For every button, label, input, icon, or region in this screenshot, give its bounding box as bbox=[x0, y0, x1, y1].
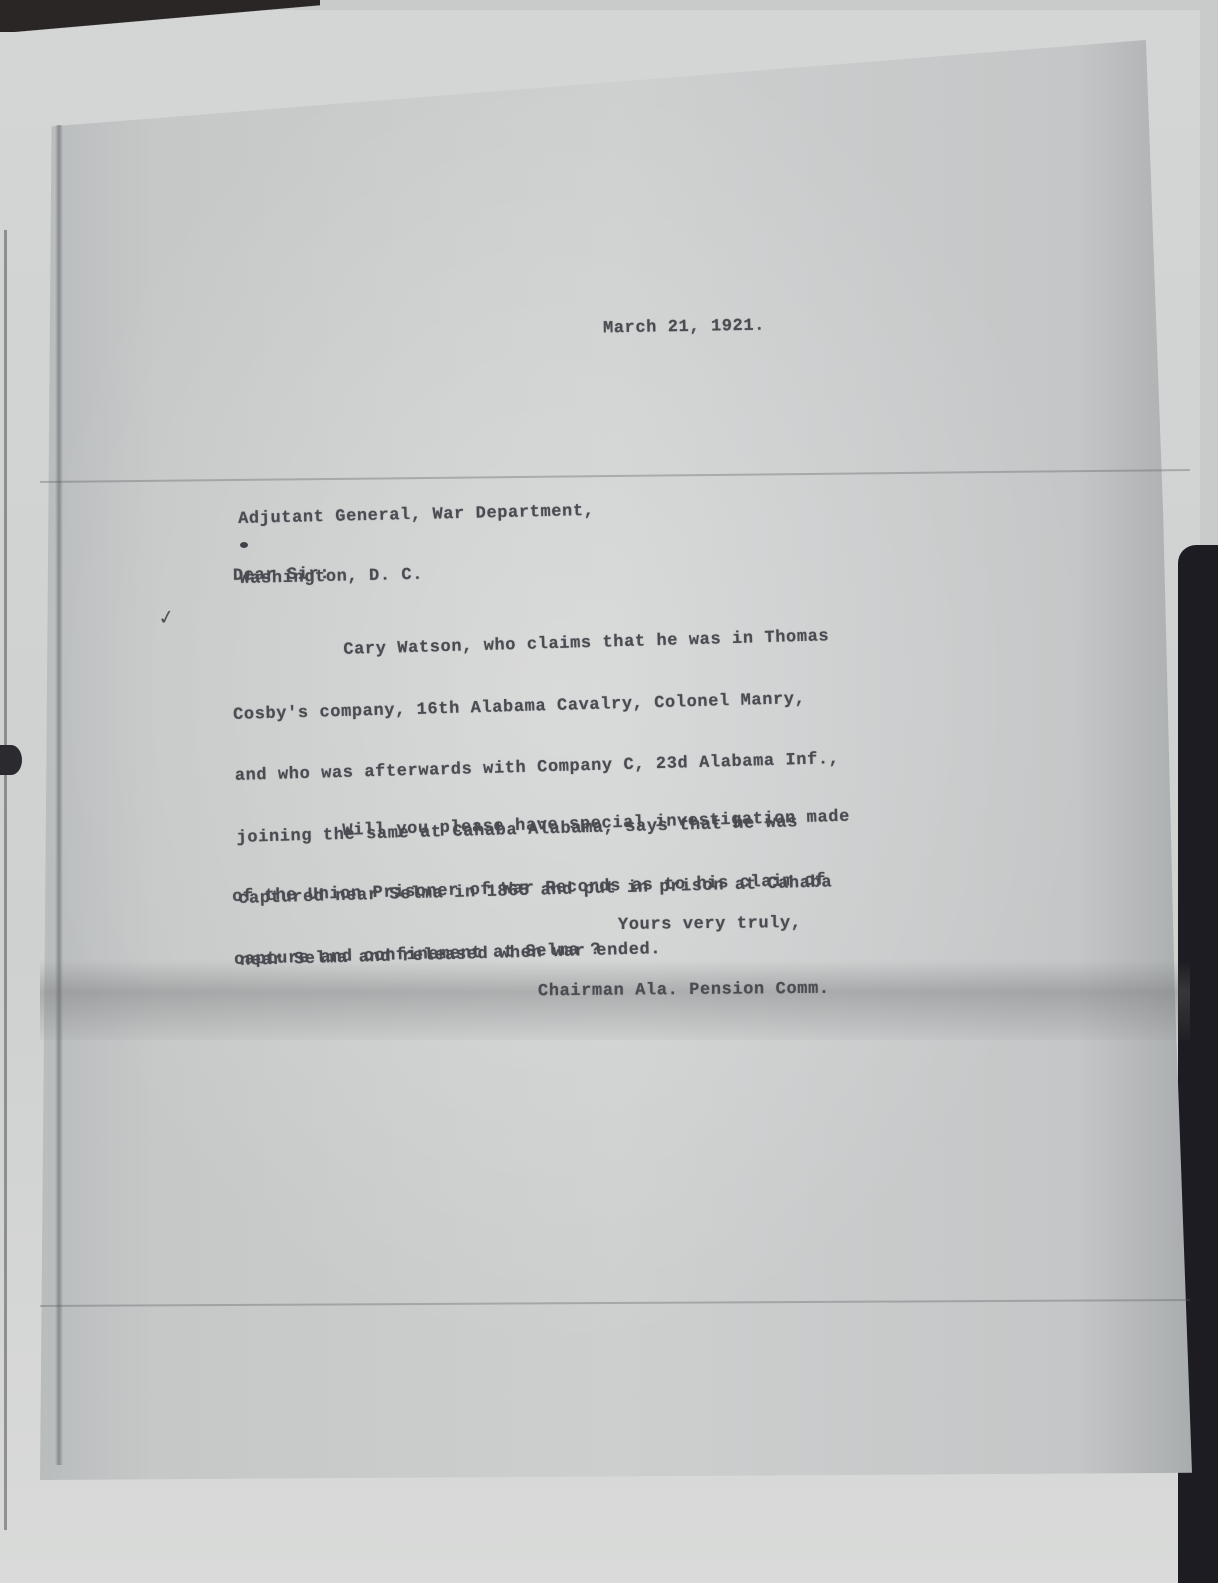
letter-left-edge bbox=[55, 125, 63, 1465]
background-shadow bbox=[0, 0, 320, 32]
paragraph-line: capture and confinement at Selma ? bbox=[234, 933, 854, 971]
letter-date: March 21, 1921. bbox=[603, 317, 765, 340]
body-paragraph-2: Will you please have special investigati… bbox=[229, 765, 854, 992]
paragraph-line: Cary Watson, who claims that he was in T… bbox=[231, 627, 836, 664]
signature-title: Chairman Ala. Pension Comm. bbox=[538, 980, 830, 1003]
paragraph-line: Will you please have special investigati… bbox=[230, 807, 850, 845]
salutation: Dear Sir: bbox=[233, 565, 331, 587]
recipient-line-1: Adjutant General, War Department, bbox=[238, 502, 595, 530]
paragraph-line: of the Union Prisoner of War Records as … bbox=[232, 870, 852, 908]
recipient-address: Adjutant General, War Department, Washin… bbox=[237, 462, 597, 610]
paragraph-line: Cosby's company, 16th Alabama Cavalry, C… bbox=[233, 689, 838, 726]
binder-clip bbox=[0, 745, 22, 775]
complimentary-close: Yours very truly, bbox=[618, 914, 802, 936]
ink-blot bbox=[240, 542, 248, 548]
binder-edge bbox=[4, 230, 7, 1530]
